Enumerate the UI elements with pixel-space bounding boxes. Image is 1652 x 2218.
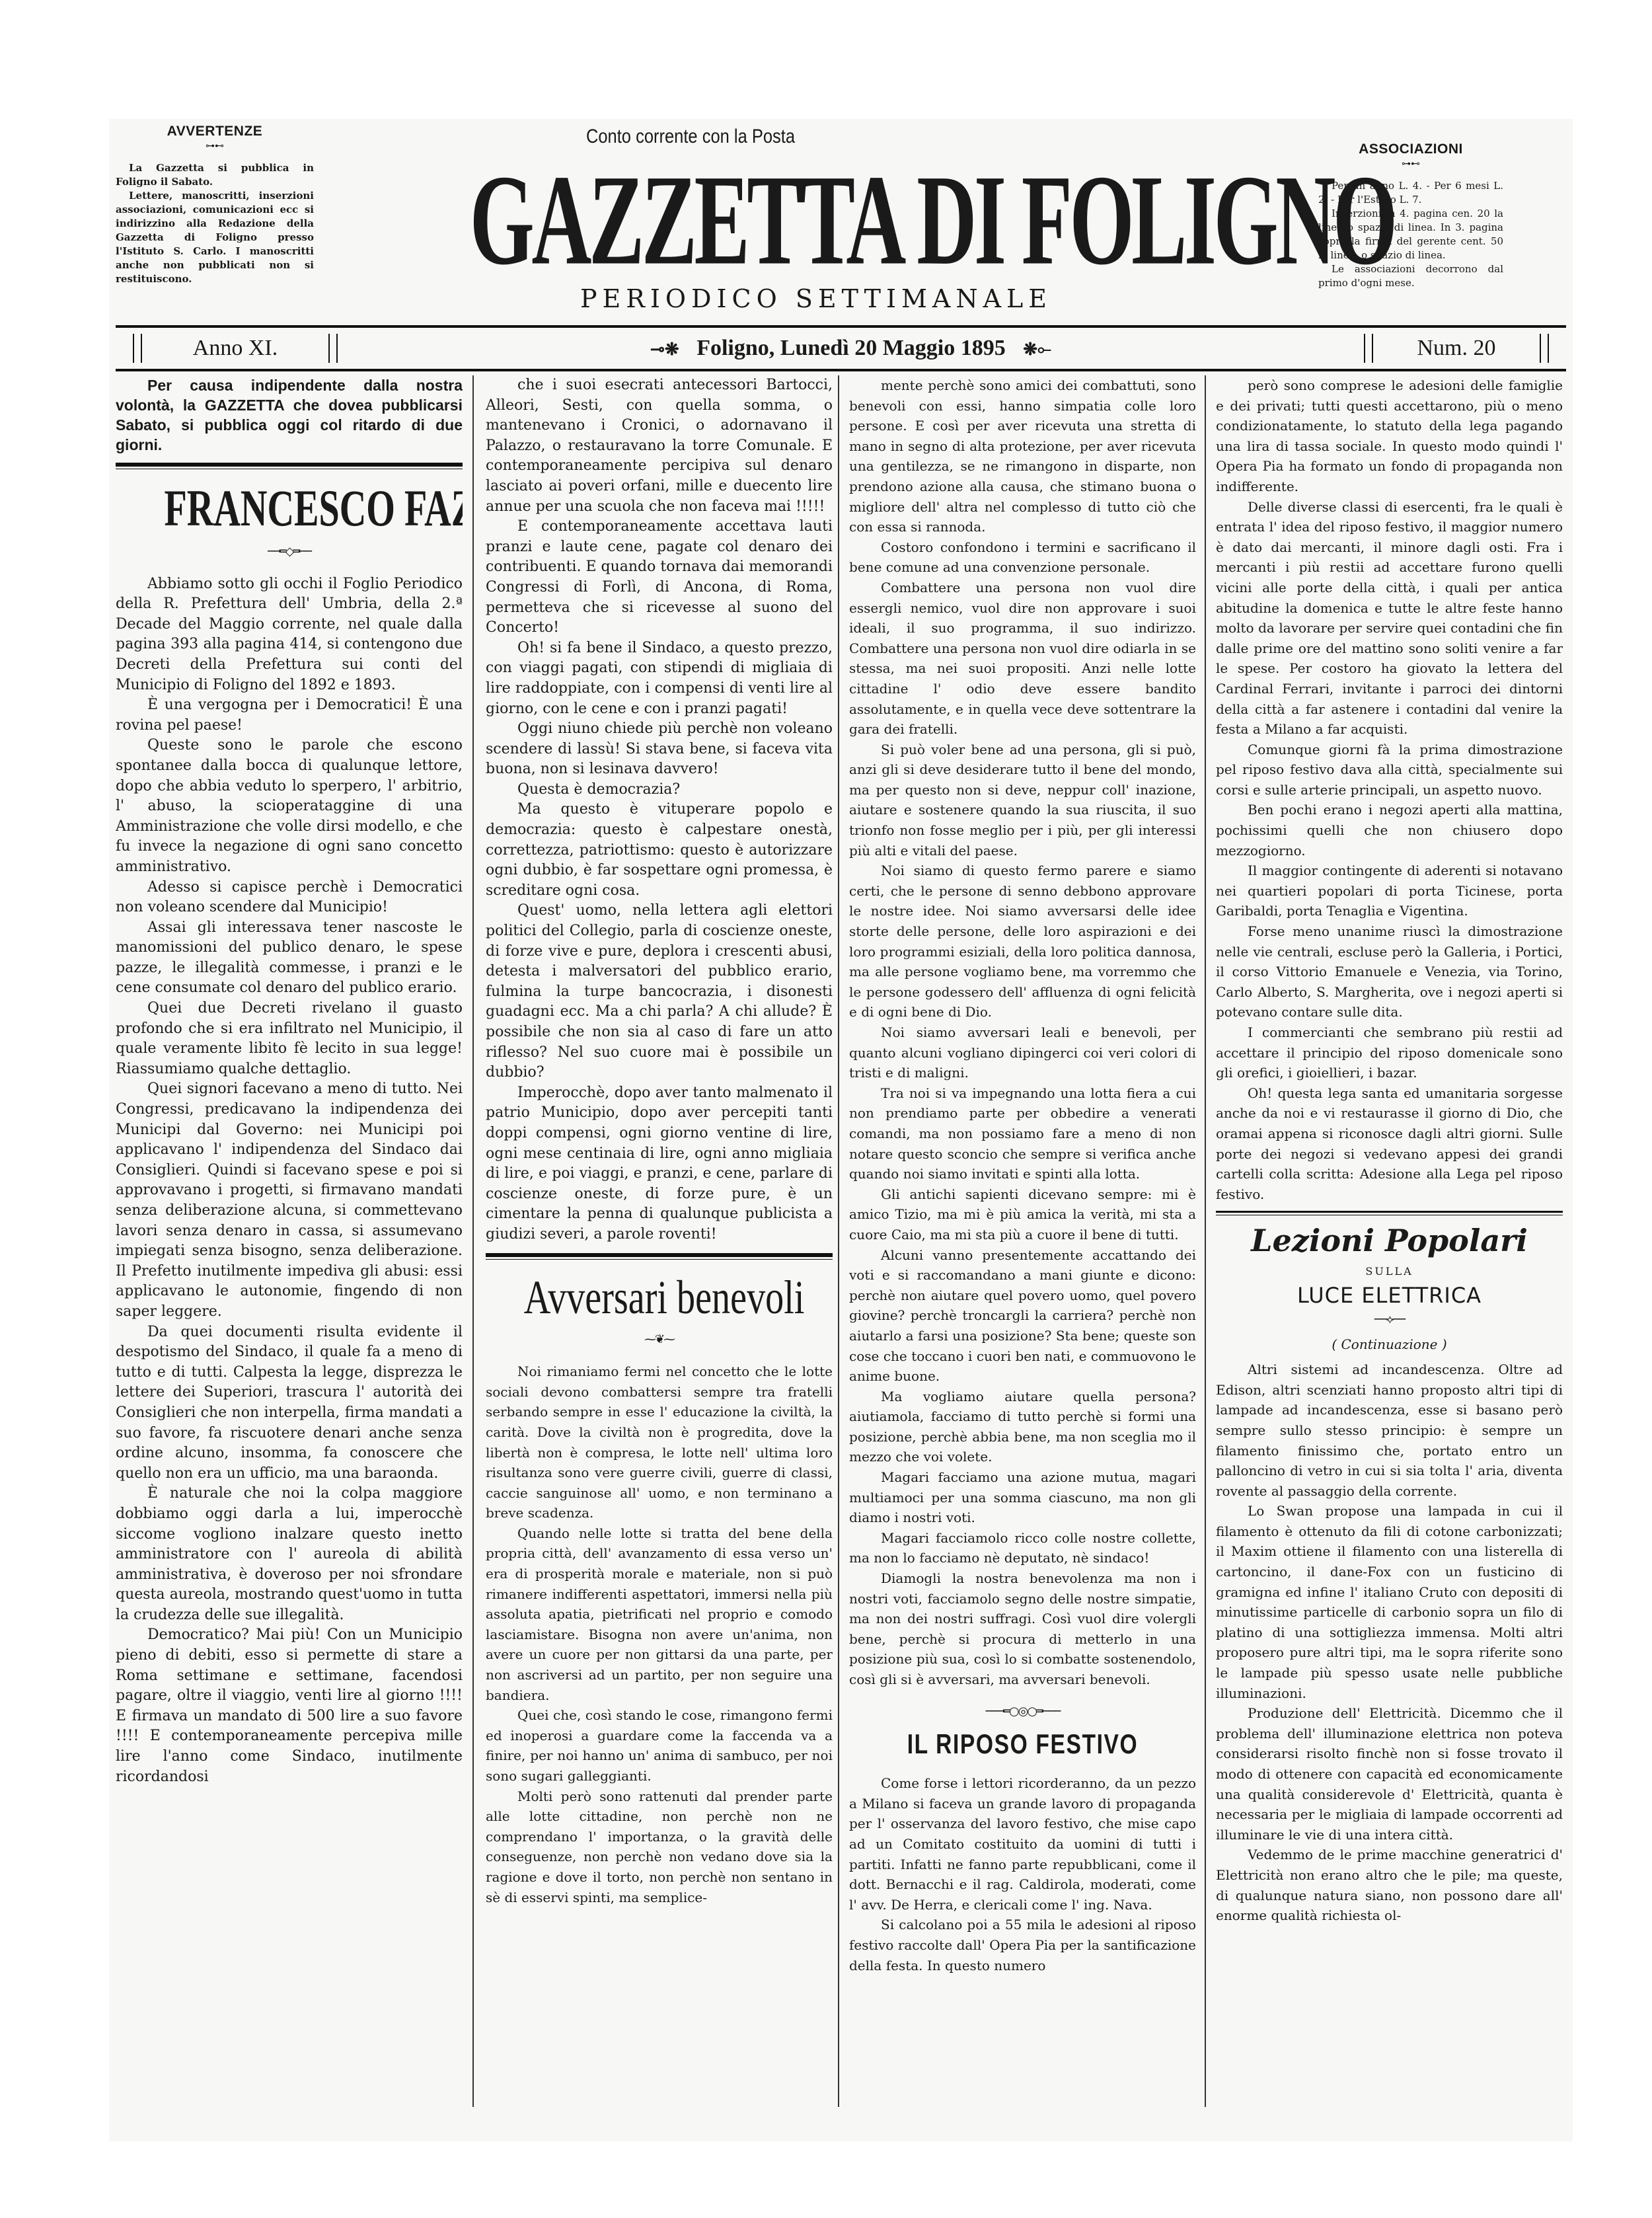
- article-headline-fazi: FRANCESCO FAZI: [165, 478, 414, 538]
- article-paragraph: Tra noi si va impegnando una lotta fiera…: [849, 1083, 1196, 1184]
- article-paragraph: Da quei documenti risulta evidente il de…: [116, 1322, 463, 1484]
- article-paragraph: Costoro confondono i termini e sacrifica…: [849, 537, 1196, 578]
- associazioni-text: Per un anno L. 4. - Per 6 mesi L. 2. - P…: [1318, 179, 1503, 207]
- article-paragraph: Quei signori facevano a meno di tutto. N…: [116, 1079, 463, 1322]
- newspaper-subtitle: PERIODICO SETTIMANALE: [387, 284, 1246, 313]
- pin-ornament-icon: [133, 334, 142, 363]
- article-paragraph: Comunque giorni fà la prima dimostrazion…: [1216, 740, 1563, 800]
- ornament-icon: ⊶⊷: [1318, 157, 1503, 171]
- column-divider: [1205, 375, 1206, 2107]
- article-headline-lezioni: Lezioni Popolari: [1216, 1219, 1563, 1262]
- article-paragraph: Lo Swan propose una lampada in cui il fi…: [1216, 1501, 1563, 1703]
- associazioni-box: ASSOCIAZIONI ⊶⊷ Per un anno L. 4. - Per …: [1318, 142, 1503, 290]
- column-divider: [472, 375, 474, 2107]
- dateline-bar: Anno XI. ⊸❋ Foligno, Lunedì 20 Maggio 18…: [116, 325, 1566, 371]
- article-paragraph: Produzione dell' Elettricità. Dicemmo ch…: [1216, 1703, 1563, 1845]
- article-paragraph: Democratico? Mai più! Con un Municipio p…: [116, 1625, 463, 1787]
- article-paragraph: Come forse i lettori ricorderanno, da un…: [849, 1773, 1196, 1915]
- ornament-icon: ──⟡──: [1216, 1310, 1563, 1330]
- article-paragraph: Magari facciamo una azione mutua, magari…: [849, 1467, 1196, 1528]
- article-paragraph: Si può voler bene ad una persona, gli si…: [849, 740, 1196, 861]
- article-paragraph: Noi siamo avversari leali e benevoli, pe…: [849, 1022, 1196, 1083]
- article-paragraph: Quei due Decreti rivelano il guasto prof…: [116, 999, 463, 1079]
- article-paragraph: Combattere una persona non vuol dire ess…: [849, 578, 1196, 740]
- dateline-center: ⊸❋ Foligno, Lunedì 20 Maggio 1895 ❋⟜: [355, 336, 1347, 361]
- avvertenze-title: AVVERTENZE: [116, 124, 314, 138]
- article-paragraph: Delle diverse classi di esercenti, fra l…: [1216, 497, 1563, 740]
- continuazione-label: ( Continuazione ): [1216, 1334, 1563, 1355]
- article-paragraph: Gli antichi sapienti dicevano sempre: mi…: [849, 1184, 1196, 1245]
- article-paragraph: Quest' uomo, nella lettera agli elettori…: [486, 901, 833, 1083]
- article-columns: Per causa indipendente dalla nostra volo…: [116, 375, 1566, 2133]
- column-3: mente perchè sono amici dei combattuti, …: [849, 375, 1196, 2127]
- article-paragraph: Questa è democrazia?: [486, 780, 833, 800]
- article-paragraph: Abbiamo sotto gli occhi il Foglio Period…: [116, 574, 463, 696]
- associazioni-text: Le associazioni decorrono dal primo d'og…: [1318, 262, 1503, 290]
- article-paragraph: Queste sono le parole che escono spontan…: [116, 736, 463, 877]
- place-date: Foligno, Lunedì 20 Maggio 1895: [696, 336, 1006, 360]
- article-paragraph: Imperocchè, dopo aver tanto malmenato il…: [486, 1083, 833, 1245]
- associazioni-text: Inserzioni in 4. pagina cen. 20 la linea…: [1318, 207, 1503, 262]
- section-rule: [116, 463, 463, 469]
- article-paragraph: Ma questo è vituperare popolo e democraz…: [486, 800, 833, 901]
- article-paragraph: Oggi niuno chiede più perchè non voleano…: [486, 719, 833, 780]
- avvertenze-text: Lettere, manoscritti, inserzioni associa…: [116, 189, 314, 286]
- article-paragraph: mente perchè sono amici dei combattuti, …: [849, 375, 1196, 537]
- sulla-label: SULLA: [1216, 1262, 1563, 1282]
- pin-ornament-icon: [1540, 334, 1549, 363]
- article-headline-riposo: IL RIPOSO FESTIVO: [884, 1724, 1162, 1764]
- luce-elettrica-subhead: LUCE ELETTRICA: [1216, 1282, 1563, 1309]
- column-divider: [838, 375, 839, 2107]
- article-paragraph: che i suoi esecrati antecessori Bartocci…: [486, 375, 833, 517]
- pin-ornament-icon: [328, 334, 338, 363]
- article-paragraph: Oh! si fa bene il Sindaco, a questo prez…: [486, 638, 833, 719]
- article-paragraph: Noi rimaniamo fermi nel concetto che le …: [486, 1361, 833, 1523]
- article-paragraph: Vedemmo de le prime macchine generatrici…: [1216, 1845, 1563, 1925]
- article-paragraph: Noi siamo di questo fermo parere e siamo…: [849, 860, 1196, 1022]
- article-paragraph: È una vergogna per i Democratici! È una …: [116, 695, 463, 736]
- annata-label: Anno XI.: [159, 336, 311, 361]
- article-paragraph: Altri sistemi ad incandescenza. Oltre ad…: [1216, 1359, 1563, 1501]
- article-paragraph: Alcuni vanno presentemente accattando de…: [849, 1245, 1196, 1387]
- article-paragraph: Oh! questa lega santa ed umanitaria sorg…: [1216, 1083, 1563, 1205]
- newspaper-title: GAZZETTA DI FOLIGNO: [470, 155, 1169, 285]
- newspaper-page: AVVERTENZE ⊶⊷ La Gazzetta si pubblica in…: [109, 119, 1573, 2141]
- column-1: Per causa indipendente dalla nostra volo…: [116, 375, 463, 2127]
- column-2: che i suoi esecrati antecessori Bartocci…: [486, 375, 833, 2127]
- conto-corrente-note: Conto corrente con la Posta: [438, 126, 944, 148]
- article-paragraph: Molti però sono rattenuti dal prender pa…: [486, 1786, 833, 1908]
- ornament-icon: ⊶⊷: [116, 139, 314, 153]
- article-paragraph: però sono comprese le adesioni delle fam…: [1216, 375, 1563, 497]
- article-paragraph: Forse meno unanime riuscì la dimostrazio…: [1216, 921, 1563, 1022]
- article-paragraph: Si calcolano poi a 55 mila le adesioni a…: [849, 1915, 1196, 1975]
- article-paragraph: E contemporaneamente accettava lauti pra…: [486, 517, 833, 638]
- article-paragraph: Il maggior contingente di aderenti si no…: [1216, 860, 1563, 921]
- article-paragraph: Adesso si capisce perchè i Democratici n…: [116, 878, 463, 918]
- ornament-icon: ⁓❦⁓: [486, 1330, 833, 1350]
- pin-ornament-icon: [1364, 334, 1373, 363]
- article-paragraph: Ben pochi erano i negozi aperti alla mat…: [1216, 800, 1563, 860]
- associazioni-title: ASSOCIAZIONI: [1318, 142, 1503, 156]
- article-paragraph: È naturale che noi la colpa maggiore dob…: [116, 1484, 463, 1625]
- article-headline-avversari: Avversari benevoli: [524, 1269, 795, 1326]
- flourish-right-icon: ❋⟜: [1023, 340, 1051, 359]
- ornament-icon: ───═○◎○═───: [849, 1702, 1196, 1722]
- section-rule: [1216, 1211, 1563, 1215]
- avvertenze-text: La Gazzetta si pubblica in Foligno il Sa…: [116, 161, 314, 189]
- article-paragraph: Quando nelle lotte si tratta del bene de…: [486, 1523, 833, 1705]
- article-paragraph: Magari facciamolo ricco colle nostre col…: [849, 1528, 1196, 1568]
- article-paragraph: Diamogli la nostra benevolenza ma non i …: [849, 1568, 1196, 1690]
- section-rule: [486, 1253, 833, 1260]
- flourish-left-icon: ⊸❋: [650, 340, 679, 359]
- article-paragraph: Ma vogliamo aiutare quella persona? aiut…: [849, 1387, 1196, 1467]
- delay-notice: Per causa indipendente dalla nostra volo…: [116, 375, 463, 455]
- ornament-icon: ──═◇═──: [116, 542, 463, 562]
- article-paragraph: Quei che, così stando le cose, rimangono…: [486, 1705, 833, 1786]
- issue-number: Num. 20: [1390, 336, 1522, 361]
- masthead: AVVERTENZE ⊶⊷ La Gazzetta si pubblica in…: [109, 119, 1573, 337]
- article-paragraph: Assai gli interessava tener nascoste le …: [116, 918, 463, 999]
- column-4: però sono comprese le adesioni delle fam…: [1216, 375, 1563, 2127]
- avvertenze-box: AVVERTENZE ⊶⊷ La Gazzetta si pubblica in…: [116, 124, 314, 286]
- article-paragraph: I commercianti che sembrano più restii a…: [1216, 1022, 1563, 1083]
